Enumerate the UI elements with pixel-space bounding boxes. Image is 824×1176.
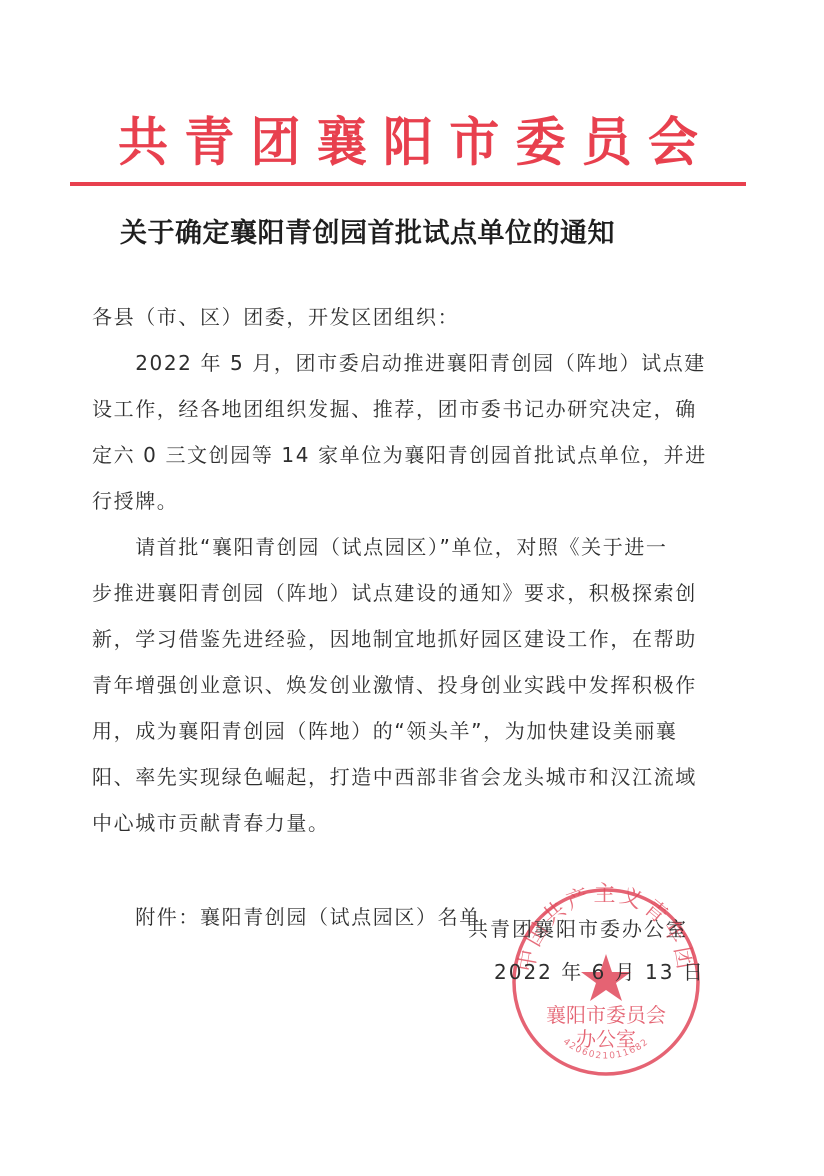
paragraph-line: 阳、率先实现绿色崛起，打造中西部非省会龙头城市和汉江流域 (92, 762, 732, 792)
letterhead-char: 市 (449, 111, 499, 174)
issuer-name: 共青团襄阳市委办公室 (468, 914, 688, 944)
letterhead-org-name: 共 青 团 襄 阳 市 委 员 会 (118, 112, 698, 172)
letterhead-char: 阳 (383, 111, 433, 174)
seal-code: 4206021011682 (561, 1037, 651, 1062)
letterhead-char: 会 (648, 111, 698, 174)
paragraph-line: 中心城市贡献青春力量。 (92, 808, 732, 838)
issue-date: 2022 年 6 月 13 日 (494, 957, 705, 987)
paragraph-line: 定六 0 三文创园等 14 家单位为襄阳青创园首批试点单位，并进 (92, 440, 732, 470)
seal-center-line2: 办公室 (576, 1027, 636, 1051)
svg-text:4206021011682: 4206021011682 (561, 1037, 651, 1062)
letterhead-char: 员 (582, 111, 632, 174)
document-title: 关于确定襄阳青创园首批试点单位的通知 (120, 214, 720, 254)
paragraph-line: 青年增强创业意识、焕发创业激情、投身创业实践中发挥积极作 (92, 670, 732, 700)
letterhead-char: 共 (118, 111, 168, 174)
paragraph-line: 设工作，经各地团组织发掘、推荐，团市委书记办研究决定，确 (92, 394, 732, 424)
paragraph-line: 新，学习借鉴先进经验，因地制宜地抓好园区建设工作，在帮助 (92, 624, 732, 654)
paragraph-line: 行授牌。 (92, 486, 732, 516)
letterhead-char: 襄 (317, 111, 367, 174)
paragraph-line: 请首批“襄阳青创园（试点园区）”单位，对照《关于进一 (92, 532, 732, 562)
letterhead-char: 团 (251, 111, 301, 174)
letterhead-char: 青 (184, 111, 234, 174)
paragraph-line: 2022 年 5 月，团市委启动推进襄阳青创园（阵地）试点建 (92, 348, 732, 378)
salutation: 各县（市、区）团委，开发区团组织： (92, 302, 732, 332)
paragraph-line: 步推进襄阳青创园（阵地）试点建设的通知》要求，积极探索创 (92, 578, 732, 608)
letterhead-char: 委 (516, 111, 566, 174)
red-divider-line (70, 182, 746, 186)
paragraph-line: 用，成为襄阳青创园（阵地）的“领头羊”，为加快建设美丽襄 (92, 716, 732, 746)
seal-center-line1: 襄阳市委员会 (546, 1003, 666, 1027)
